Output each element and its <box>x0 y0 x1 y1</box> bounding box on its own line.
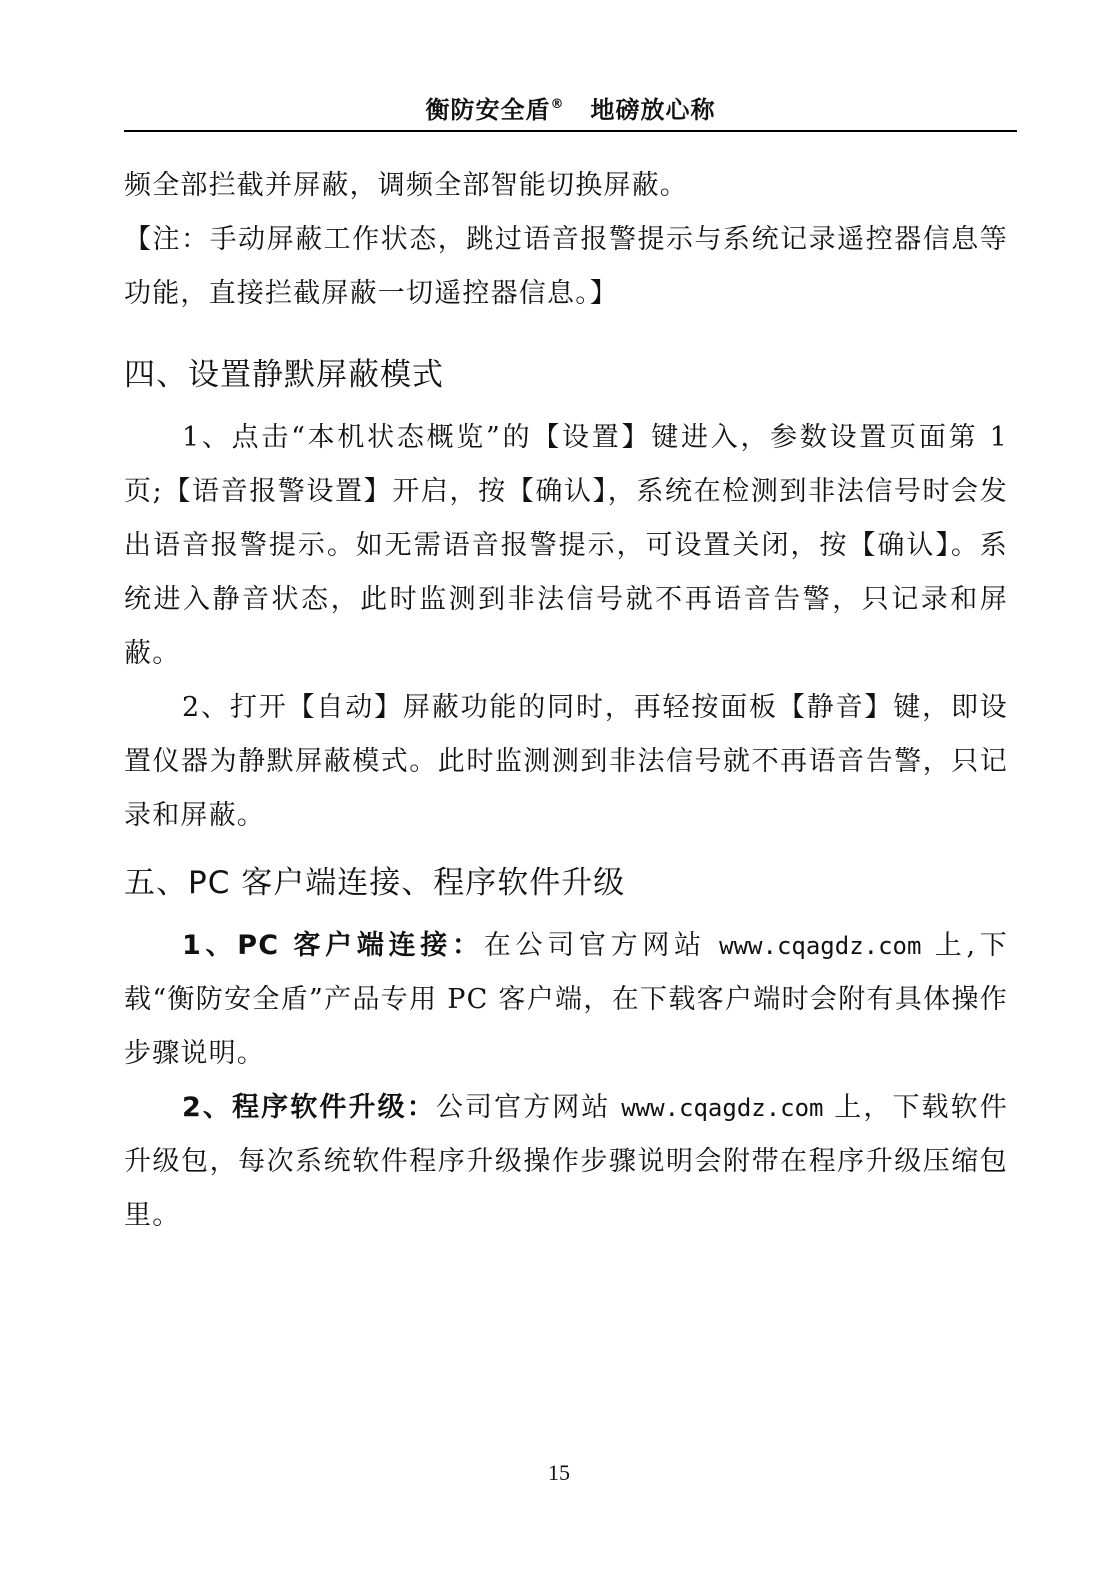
item-2-label: 2、程序软件升级： <box>182 1092 436 1123</box>
page-number: 15 <box>0 1460 1118 1486</box>
item-1-label: 1、PC 客户端连接： <box>182 930 484 961</box>
registered-mark: ® <box>551 97 565 112</box>
section-4-heading: 四、设置静默屏蔽模式 <box>124 345 1008 405</box>
item-2-text-before: 公司官方网站 <box>436 1092 621 1123</box>
header-brand: 衡防安全盾 <box>426 96 551 124</box>
section-5-heading: 五、PC 客户端连接、程序软件升级 <box>124 853 1008 913</box>
item-2-url-link[interactable]: www.cqagdz.com <box>621 1094 823 1122</box>
running-header: 衡防安全盾®地磅放心称 <box>124 88 1017 127</box>
page-body: 频全部拦截并屏蔽，调频全部智能切换屏蔽。 【注：手动屏蔽工作状态，跳过语音报警提… <box>124 159 1008 1243</box>
section-5-item-2: 2、程序软件升级：公司官方网站 www.cqagdz.com 上，下载软件升级包… <box>124 1081 1008 1243</box>
section-5-item-1: 1、PC 客户端连接：在公司官方网站 www.cqagdz.com 上,下载“衡… <box>124 919 1008 1081</box>
section-4-paragraph-2: 2、打开【自动】屏蔽功能的同时，再轻按面板【静音】键，即设置仪器为静默屏蔽模式。… <box>124 681 1008 843</box>
item-1-text-before: 在公司官方网站 <box>484 930 719 961</box>
section-4-paragraph-1: 1、点击“本机状态概览”的【设置】键进入，参数设置页面第 1 页;【语音报警设置… <box>124 411 1008 681</box>
header-rule <box>124 130 1017 132</box>
header-subtitle: 地磅放心称 <box>591 96 716 124</box>
item-1-url-link[interactable]: www.cqagdz.com <box>719 932 921 960</box>
continuation-line: 频全部拦截并屏蔽，调频全部智能切换屏蔽。 <box>124 159 1008 213</box>
note-paragraph: 【注：手动屏蔽工作状态，跳过语音报警提示与系统记录遥控器信息等功能，直接拦截屏蔽… <box>124 213 1008 321</box>
